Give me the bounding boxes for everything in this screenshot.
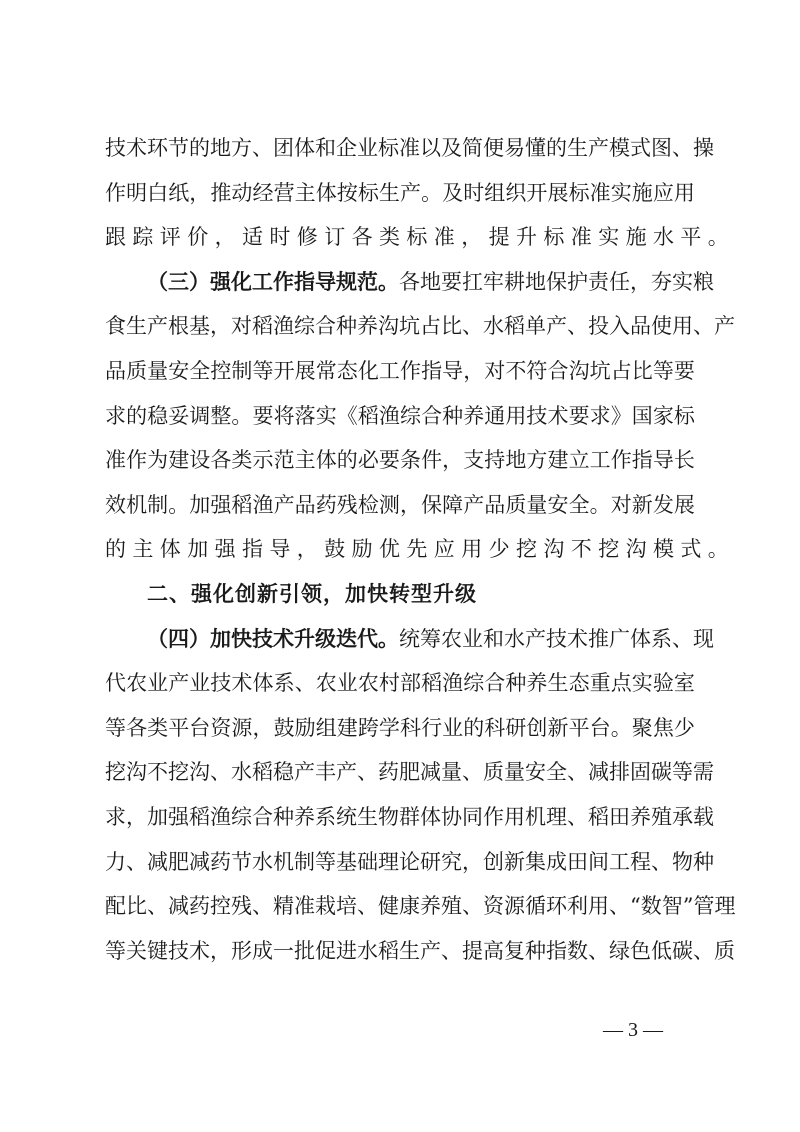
section-3-first-line: （三）强化工作指导规范。各地要扛牢耕地保护责任，夯实粮 [105,260,695,305]
paragraph-line: 技术环节的地方、团体和企业标准以及简便易懂的生产模式图、操 [105,126,695,171]
section-heading-2: 二、强化创新引领，加快转型升级 [105,572,695,617]
section-4-text: 统筹农业和水产技术推广体系、现 [399,627,714,651]
paragraph-line: 求的稳妥调整。要将落实《稻渔综合种养通用技术要求》国家标 [105,394,695,439]
page-number: — 3 — [603,1016,663,1044]
paragraph-line: 求，加强稻渔综合种养系统生物群体协同作用机理、稻田养殖承载 [105,795,695,840]
paragraph-line: 等各类平台资源，鼓励组建跨学科行业的科研创新平台。聚焦少 [105,706,695,751]
paragraph-line: 品质量安全控制等开展常态化工作指导，对不符合沟坑占比等要 [105,349,695,394]
document-body: 技术环节的地方、团体和企业标准以及简便易懂的生产模式图、操 作明白纸，推动经营主… [105,126,695,973]
paragraph-line: 准作为建设各类示范主体的必要条件，支持地方建立工作指导长 [105,438,695,483]
section-3-title: （三）强化工作指导规范。 [147,269,399,294]
section-4-first-line: （四）加快技术升级迭代。统筹农业和水产技术推广体系、现 [105,617,695,662]
paragraph-line: 配比、减药控残、精准栽培、健康养殖、资源循环利用、“数智”管理 [105,884,695,929]
paragraph-line: 食生产根基，对稻渔综合种养沟坑占比、水稻单产、投入品使用、产 [105,304,695,349]
paragraph-line: 作明白纸，推动经营主体按标生产。及时组织开展标准实施应用 [105,171,695,216]
paragraph-line: 跟踪评价，适时修订各类标准，提升标准实施水平。 [105,215,695,260]
paragraph-line: 代农业产业技术体系、农业农村部稻渔综合种养生态重点实验室 [105,661,695,706]
paragraph-line: 力、减肥减药节水机制等基础理论研究，创新集成田间工程、物种 [105,840,695,885]
document-page: 技术环节的地方、团体和企业标准以及简便易懂的生产模式图、操 作明白纸，推动经营主… [0,0,800,1132]
section-3-text: 各地要扛牢耕地保护责任，夯实粮 [399,270,714,294]
paragraph-line: 挖沟不挖沟、水稻稳产丰产、药肥减量、质量安全、减排固碳等需 [105,750,695,795]
paragraph-line: 的主体加强指导，鼓励优先应用少挖沟不挖沟模式。 [105,527,695,572]
paragraph-line: 效机制。加强稻渔产品药残检测，保障产品质量安全。对新发展 [105,483,695,528]
paragraph-line: 等关键技术，形成一批促进水稻生产、提高复种指数、绿色低碳、质 [105,929,695,974]
section-4-title: （四）加快技术升级迭代。 [147,626,399,651]
